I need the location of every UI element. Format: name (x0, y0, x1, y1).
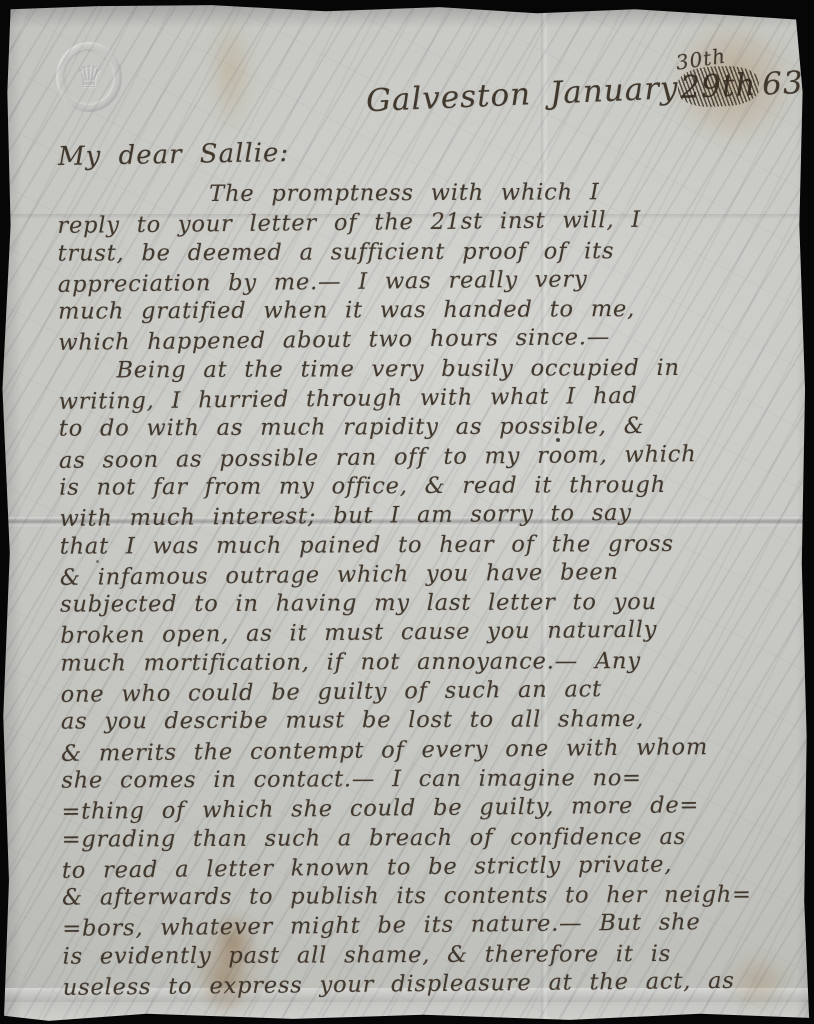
letter-body: The promptness with which Ireply to your… (57, 177, 803, 1002)
ink-speck (788, 10, 794, 15)
scanned-letter-page: ♛ Galveston January30th29th63 My dear Sa… (0, 0, 814, 1024)
dateline-month: January (549, 70, 679, 111)
salutation: My dear Sallie: (58, 138, 290, 172)
dateline: Galveston January30th29th63 (365, 65, 806, 119)
letter-paper: ♛ Galveston January30th29th63 My dear Sa… (0, 0, 814, 1024)
dateline-day: 30th29th (680, 67, 757, 106)
embossed-seal-icon: ♛ (56, 42, 122, 112)
stain-top-streak (208, 12, 254, 134)
dateline-place: Galveston (365, 76, 531, 119)
dateline-year: 63 (761, 65, 804, 103)
handwritten-line: =thing of which she could be guilty, mor… (61, 791, 801, 828)
dateline-day-struck: 29th (680, 67, 757, 106)
seal-crown-glyph: ♛ (76, 60, 103, 95)
